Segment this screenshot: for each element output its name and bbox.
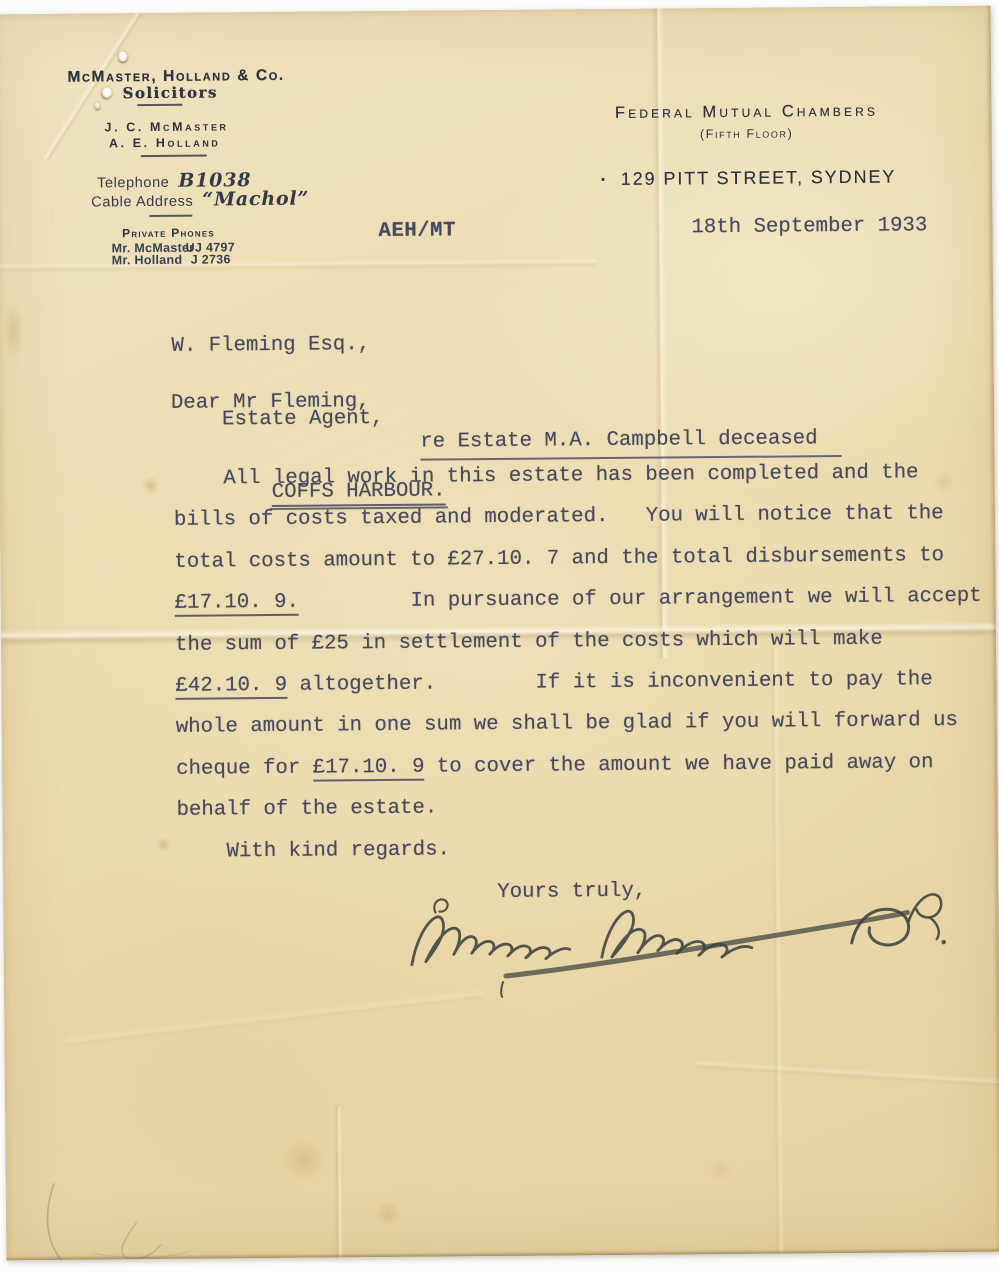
partner-name: A. E. Holland [109,135,221,150]
paper-stain [277,1139,329,1179]
scan-background: McMaster, Holland & Co. Solicitors J. C.… [0,0,999,1272]
vertical-fold-crease [333,1106,343,1257]
pencil-marks [36,1170,227,1260]
letter-body: All legal work in this estate has been c… [174,461,985,882]
letter-paper: McMaster, Holland & Co. Solicitors J. C.… [0,6,999,1261]
body-line: £17.10. 9. In pursuance of our arrangeme… [175,585,982,633]
cable-name: “Machol” [202,188,309,211]
body-line: cheque for £17.10. 9 to cover the amount… [176,751,983,799]
street-address: •129 PITT STREET, SYDNEY [601,167,896,190]
paper-edge-shading [986,6,999,1252]
horizontal-fold-crease [0,257,598,273]
firm-type: Solicitors [123,84,219,102]
pin-hole [100,86,114,101]
body-line: the sum of £25 in settlement of the cost… [175,626,982,674]
body-line: whole amount in one sum we shall be glad… [176,709,983,757]
addressee-name: W. Fleming Esq., [171,332,444,359]
private-phone-row: Mr. HollandJ 2736 [112,252,231,267]
phone-number: J 2736 [191,252,231,266]
diagonal-crease [695,1059,999,1088]
private-phones-heading: Private Phones [122,226,215,241]
body-line: total costs amount to £27.10. 7 and the … [174,544,981,592]
street-text: 129 PITT STREET, SYDNEY [621,167,897,189]
paper-stain [141,477,161,495]
paper-stain [155,837,172,852]
paper-stain [708,1160,734,1180]
paper-stain [374,1203,402,1225]
pin-hole [94,102,100,110]
bullet-icon: • [601,174,607,186]
subject-line: re Estate M.A. Campbell deceased [420,427,842,461]
pin-hole [118,51,128,63]
building-floor: (Fifth Floor) [700,126,793,141]
rule-under-solicitors [137,104,182,106]
cable-address-row: Cable Address“Machol” [91,189,309,213]
salutation: Dear Mr Fleming, [171,390,370,417]
body-line: bills of costs taxed and moderated. You … [174,502,981,550]
body-line: With kind regards. [177,833,984,881]
cable-label: Cable Address [91,194,193,211]
building-name: Federal Mutual Chambers [615,102,878,123]
reference-code: AEH/MT [378,219,456,245]
phone-owner: Mr. Holland [112,253,186,268]
rule-under-cable [149,215,192,217]
body-line: behalf of the estate. [176,792,983,840]
signature [405,878,954,1005]
paper-stain [2,300,25,360]
rule-under-partners [141,155,207,157]
partner-name: J. C. McMaster [104,119,228,134]
letter-date: 18th September 1933 [691,214,927,241]
